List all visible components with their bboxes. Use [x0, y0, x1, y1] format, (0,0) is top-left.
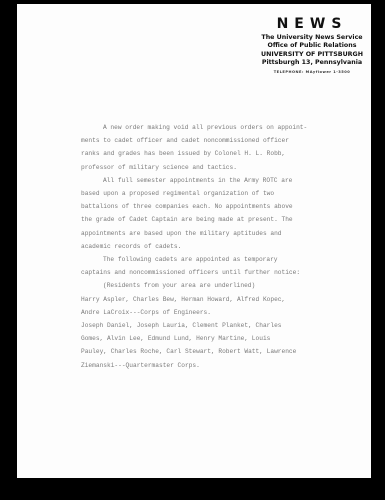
letterhead-line: Office of Public Relations: [252, 42, 372, 50]
body-line: ranks and grades has been issued by Colo…: [81, 147, 371, 160]
body-line: Ziemanski---Quartermaster Corps.: [81, 359, 371, 372]
letterhead: NEWS The University News Service Office …: [252, 16, 372, 74]
body-line: appointments are based upon the military…: [81, 227, 371, 240]
body-line: (Residents from your area are underlined…: [81, 279, 371, 292]
letterhead-telephone: TELEPHONE: MAyflower 1-3500: [252, 70, 372, 74]
body-line: All full semester appointments in the Ar…: [81, 174, 371, 187]
body-line: The following cadets are appointed as te…: [81, 253, 371, 266]
body-line: Andre LaCroix---Corps of Engineers.: [81, 306, 371, 319]
body-line: Pauley, Charles Roche, Carl Stewart, Rob…: [81, 345, 371, 358]
letterhead-line: The University News Service: [252, 34, 372, 42]
scan-frame-edge: [371, 0, 385, 500]
body-line: Joseph Daniel, Joseph Lauria, Clement Pl…: [81, 319, 371, 332]
body-line: captains and noncommissioned officers un…: [81, 266, 371, 279]
document-page: NEWS The University News Service Office …: [17, 4, 371, 478]
body-line: the grade of Cadet Captain are being mad…: [81, 213, 371, 226]
body-line: Harry Aspler, Charles Bew, Herman Howard…: [81, 293, 371, 306]
press-release-body: A new order making void all previous ord…: [81, 121, 371, 372]
letterhead-title: NEWS: [252, 16, 372, 32]
body-line: based upon a proposed regimental organiz…: [81, 187, 371, 200]
body-line: battalions of three companies each. No a…: [81, 200, 371, 213]
body-line: ments to cadet officer and cadet noncomm…: [81, 134, 371, 147]
body-line: Gomes, Alvin Lee, Edmund Lund, Henry Mar…: [81, 332, 371, 345]
letterhead-line: UNIVERSITY OF PITTSBURGH: [252, 51, 372, 59]
letterhead-line: Pittsburgh 13, Pennsylvania: [252, 59, 372, 67]
body-line: A new order making void all previous ord…: [81, 121, 371, 134]
body-line: academic records of cadets.: [81, 240, 371, 253]
body-line: professor of military science and tactic…: [81, 161, 371, 174]
